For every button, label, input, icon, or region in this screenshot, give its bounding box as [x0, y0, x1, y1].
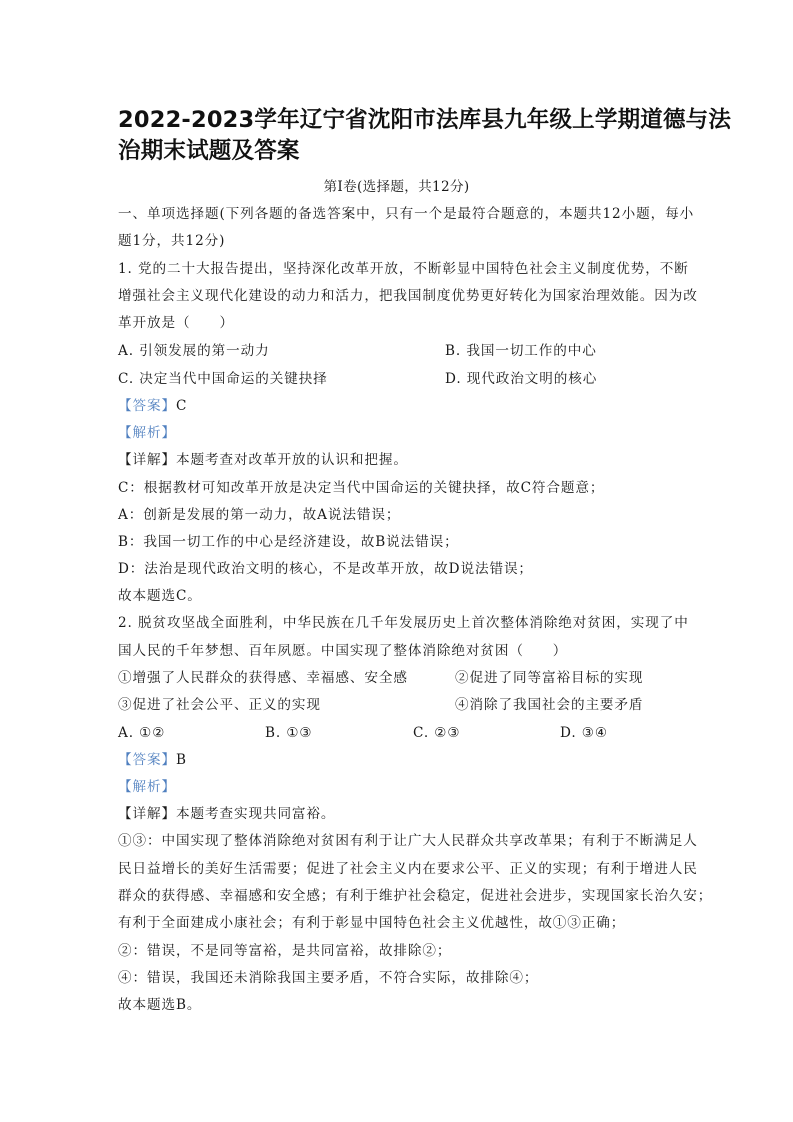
explanation-line: D：法治是现代政治文明的核心，不是改革开放，故D说法错误；: [118, 560, 678, 578]
analysis-label: 【解析】: [118, 779, 176, 795]
question-stem-line: 革开放是（ ）: [118, 314, 678, 332]
option-a: A. 引领发展的第一动力: [118, 342, 270, 360]
analysis-label: 【解析】: [118, 425, 176, 441]
section-heading: 第Ⅰ卷(选择题，共12分): [0, 178, 793, 196]
statement-2: ②促进了同等富裕目标的实现: [455, 669, 643, 687]
question-stem-line: 1. 党的二十大报告提出，坚持深化改革开放，不断彰显中国特色社会主义制度优势，不…: [118, 260, 678, 278]
statement-1: ①增强了人民群众的获得感、幸福感、安全感: [118, 669, 408, 687]
document-title-line-1: 2022-2023学年辽宁省沈阳市法库县九年级上学期道德与法: [118, 105, 678, 135]
explanation-line: ④：错误，我国还未消除我国主要矛盾，不符合实际，故排除④；: [118, 969, 678, 987]
question-stem-line: 2. 脱贫攻坚战全面胜利，中华民族在几千年发展历史上首次整体消除绝对贫困，实现了…: [118, 614, 678, 632]
option-b: B. 我国一切工作的中心: [445, 342, 597, 360]
explanation-line: 故本题选C。: [118, 587, 678, 605]
answer-value: C: [176, 398, 187, 414]
detail-label: 【详解】: [118, 452, 176, 468]
statement-3: ③促进了社会公平、正义的实现: [118, 696, 321, 714]
answer-row: 【答案】C: [118, 397, 678, 415]
instructions-line-2: 题1分，共12分): [118, 232, 678, 250]
explanation-line: 有利于全面建成小康社会；有利于彰显中国特色社会主义优越性，故①③正确；: [118, 914, 678, 932]
option-b: B. ①③: [265, 724, 313, 742]
answer-value: B: [176, 752, 187, 768]
question-stem-line: 增强社会主义现代化建设的动力和活力，把我国制度优势更好转化为国家治理效能。因为改: [118, 287, 678, 305]
analysis-row: 【解析】: [118, 778, 678, 796]
explanation-line: 故本题选B。: [118, 996, 678, 1014]
statement-4: ④消除了我国社会的主要矛盾: [455, 696, 643, 714]
question-stem-line: 国人民的千年梦想、百年夙愿。中国实现了整体消除绝对贫困（ ）: [118, 642, 678, 660]
explanation-line: C：根据教材可知改革开放是决定当代中国命运的关键抉择，故C符合题意；: [118, 479, 678, 497]
explanation-line: A：创新是发展的第一动力，故A说法错误；: [118, 506, 678, 524]
detail-intro: 本题考查实现共同富裕。: [176, 806, 335, 822]
document-title-line-2: 治期末试题及答案: [118, 136, 678, 166]
analysis-row: 【解析】: [118, 424, 678, 442]
instructions-line-1: 一、单项选择题(下列各题的备选答案中，只有一个是最符合题意的，本题共12小题，每…: [118, 205, 678, 223]
detail-row: 【详解】本题考查实现共同富裕。: [118, 805, 678, 823]
option-c: C. ②③: [413, 724, 460, 742]
explanation-line: ②：错误，不是同等富裕，是共同富裕，故排除②；: [118, 942, 678, 960]
option-d: D. 现代政治文明的核心: [445, 370, 597, 388]
answer-label: 【答案】: [118, 398, 176, 414]
detail-label: 【详解】: [118, 806, 176, 822]
explanation-line: 民日益增长的美好生活需要；促进了社会主义内在要求公平、正义的实现；有利于增进人民: [118, 860, 678, 878]
answer-row: 【答案】B: [118, 751, 678, 769]
detail-intro: 本题考查对改革开放的认识和把握。: [176, 452, 408, 468]
explanation-line: B：我国一切工作的中心是经济建设，故B说法错误；: [118, 533, 678, 551]
option-d: D. ③④: [560, 724, 608, 742]
document-page: 2022-2023学年辽宁省沈阳市法库县九年级上学期道德与法 治期末试题及答案 …: [0, 0, 793, 1122]
option-c: C. 决定当代中国命运的关键抉择: [118, 370, 328, 388]
answer-label: 【答案】: [118, 752, 176, 768]
explanation-line: ①③：中国实现了整体消除绝对贫困有利于让广大人民群众共享改革果；有利于不断满足人: [118, 832, 678, 850]
explanation-line: 群众的获得感、幸福感和安全感；有利于维护社会稳定，促进社会进步，实现国家长治久安…: [118, 887, 678, 905]
option-a: A. ①②: [118, 724, 165, 742]
detail-row: 【详解】本题考查对改革开放的认识和把握。: [118, 451, 678, 469]
